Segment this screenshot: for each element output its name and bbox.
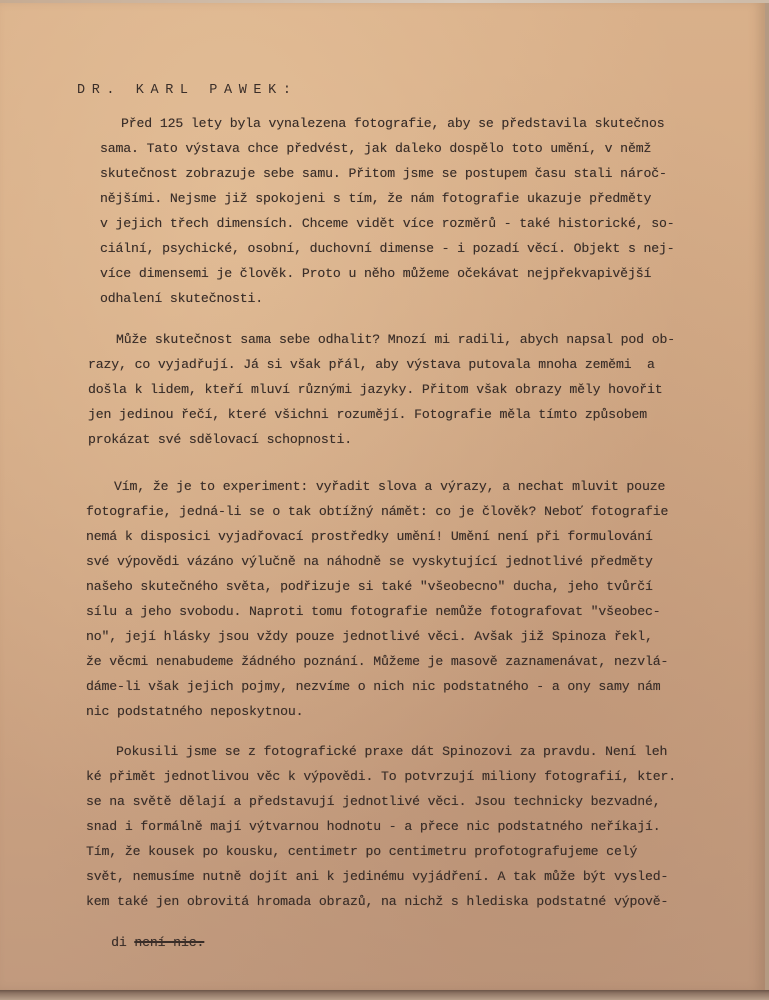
paragraph-3-line: fotografie, jedná-li se o tak obtížný ná… bbox=[86, 504, 668, 520]
paragraph-3-line: Vím, že je to experiment: vyřadit slova … bbox=[114, 479, 665, 495]
page-top-edge bbox=[0, 0, 769, 3]
paragraph-4-line: Pokusili jsme se z fotografické praxe dá… bbox=[116, 744, 667, 760]
paragraph-1-line: sama. Tato výstava chce předvést, jak da… bbox=[100, 141, 651, 157]
paragraph-1-line: odhalení skutečnosti. bbox=[100, 291, 263, 307]
paragraph-3-line: no", její hlásky jsou vždy pouze jednotl… bbox=[86, 629, 653, 645]
paragraph-1-line: nějšími. Nejsme již spokojeni s tím, že … bbox=[100, 191, 651, 207]
paragraph-3-line: našeho skutečného světa, podřizuje si ta… bbox=[86, 579, 653, 595]
paragraph-2-line: razy, co vyjadřují. Já si však přál, aby… bbox=[88, 357, 655, 373]
paragraph-4-line: svět, nemusíme nutně dojít ani k jediném… bbox=[86, 869, 668, 885]
paragraph-3-line: nemá k disposici vyjadřovací prostředky … bbox=[86, 529, 653, 545]
paragraph-3-line: nic podstatného neposkytnou. bbox=[86, 704, 303, 720]
paragraph-3-line: své výpovědi vázáno výlučně na náhodně s… bbox=[86, 554, 653, 570]
paragraph-1-line: ciální, psychické, osobní, duchovní dime… bbox=[100, 241, 675, 257]
paragraph-2-line: jen jedinou řečí, které všichni rozumějí… bbox=[88, 407, 647, 423]
paragraph-1-line: skutečnost zobrazuje sebe samu. Přitom j… bbox=[100, 166, 667, 182]
paragraph-2-line: Může skutečnost sama sebe odhalit? Mnozí… bbox=[116, 332, 675, 348]
paragraph-3-line: že věcmi nenabudeme žádného poznání. Můž… bbox=[86, 654, 668, 670]
paragraph-4-line: ké přimět jednotlivou věc k výpovědi. To… bbox=[86, 769, 676, 785]
paragraph-2-line: došla k lidem, kteří mluví různými jazyk… bbox=[88, 382, 663, 398]
paragraph-1-line: více dimensemi je člověk. Proto u něho m… bbox=[100, 266, 651, 282]
paragraph-4-line: snad i formálně mají výtvarnou hodnotu -… bbox=[86, 819, 661, 835]
paragraph-1-line: Před 125 lety byla vynalezena fotografie… bbox=[121, 116, 664, 132]
paragraph-4-last-line: di není nic. bbox=[80, 919, 204, 967]
paragraph-3-line: sílu a jeho svobodu. Naproti tomu fotogr… bbox=[86, 604, 661, 620]
page-bottom-edge bbox=[0, 990, 769, 1000]
paragraph-4-line: kem také jen obrovitá hromada obrazů, na… bbox=[86, 894, 668, 910]
paragraph-1-line: v jejich třech dimensích. Chceme vidět v… bbox=[100, 216, 675, 232]
paragraph-3-line: dáme-li však jejich pojmy, nezvíme o nic… bbox=[86, 679, 661, 695]
document-heading: DR. KARL PAWEK: bbox=[77, 83, 298, 98]
paragraph-4-line: se na světě dělají a představují jednotl… bbox=[86, 794, 661, 810]
struck-through-text: není nic. bbox=[134, 935, 204, 950]
paragraph-2-line: prokázat své sdělovací schopnosti. bbox=[88, 432, 352, 448]
last-line-prefix: di bbox=[111, 935, 134, 950]
paragraph-4-line: Tím, že kousek po kousku, centimetr po c… bbox=[86, 844, 637, 860]
